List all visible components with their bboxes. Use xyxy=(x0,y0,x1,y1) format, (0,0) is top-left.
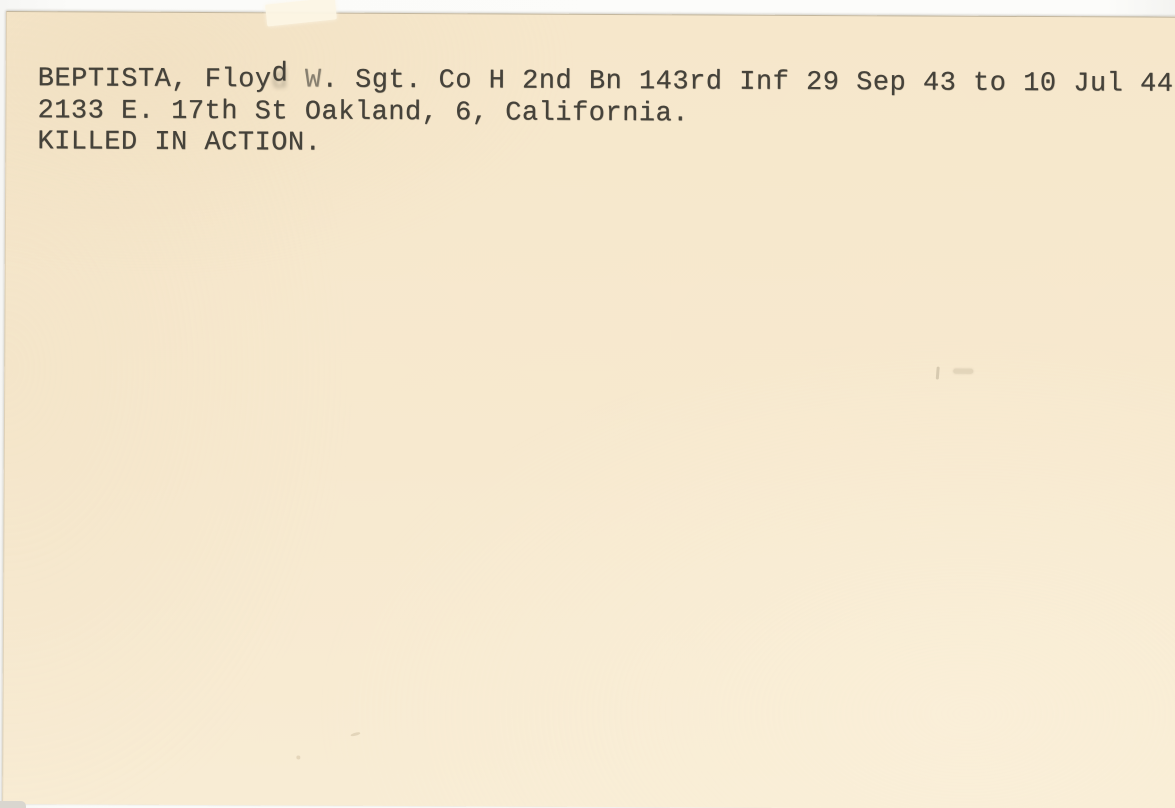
card-line-name-service: BEPTISTA, Floyd W. Sgt. Co H 2nd Bn 143r… xyxy=(38,64,1174,101)
paper-speck xyxy=(296,755,300,759)
line1-raised-d: d xyxy=(271,59,288,91)
scan-corner-shadow xyxy=(0,801,26,808)
line1-pre: BEPTISTA, Floy xyxy=(38,64,272,95)
line1-faint-w: W xyxy=(305,65,322,95)
paper-speck xyxy=(936,366,940,379)
scan-background: BEPTISTA, Floyd W. Sgt. Co H 2nd Bn 143r… xyxy=(0,0,1175,808)
line1-post: . Sgt. Co H 2nd Bn 143rd Inf 29 Sep 43 t… xyxy=(322,66,1174,100)
paper-smudge xyxy=(953,369,973,374)
line1-space xyxy=(288,65,305,95)
index-card: BEPTISTA, Floyd W. Sgt. Co H 2nd Bn 143r… xyxy=(2,11,1175,808)
card-line-status: KILLED IN ACTION. xyxy=(37,127,1173,164)
typewritten-text-block: BEPTISTA, Floyd W. Sgt. Co H 2nd Bn 143r… xyxy=(37,64,1173,164)
paper-speck xyxy=(350,731,360,736)
